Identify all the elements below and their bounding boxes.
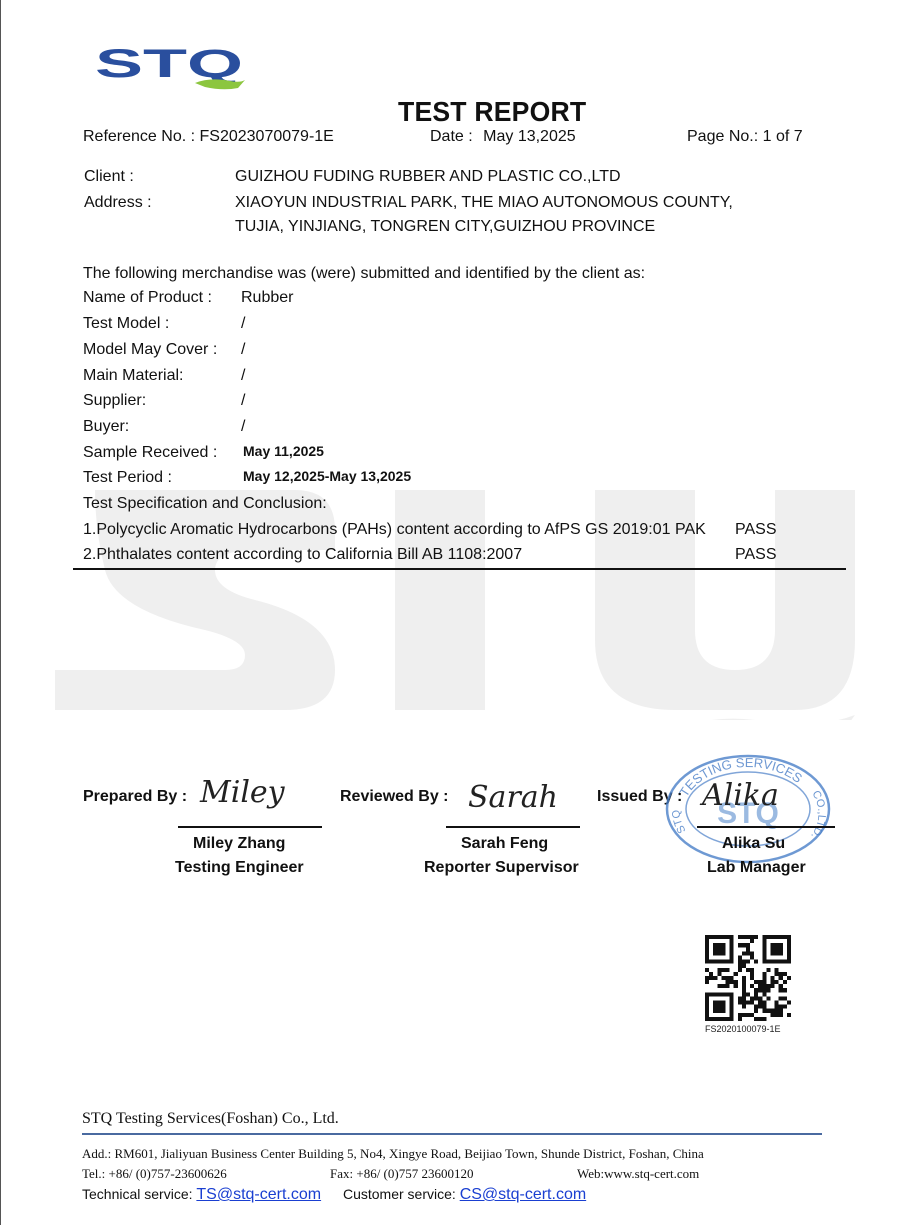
client-value: GUIZHOU FUDING RUBBER AND PLASTIC CO.,LT… bbox=[235, 168, 621, 186]
svg-text:CO.,LTD.: CO.,LTD. bbox=[808, 789, 827, 841]
date-label: Date : bbox=[430, 128, 473, 145]
conclusion-result-2: PASS bbox=[735, 546, 777, 564]
field-value-product: Rubber bbox=[241, 289, 293, 307]
report-date: Date : May 13,2025 bbox=[430, 128, 576, 146]
conclusion-result-1: PASS bbox=[735, 521, 777, 539]
conclusion-heading: Test Specification and Conclusion: bbox=[83, 495, 327, 513]
footer-contacts: Technical service: TS@stq-cert.com Custo… bbox=[82, 1186, 586, 1204]
field-value-supplier: / bbox=[241, 392, 245, 410]
reviewed-name: Sarah Feng bbox=[461, 835, 548, 853]
footer-company: STQ Testing Services(Foshan) Co., Ltd. bbox=[82, 1110, 339, 1128]
report-title: TEST REPORT bbox=[398, 96, 586, 128]
address-line-2: TUJIA, YINJIANG, TONGREN CITY,GUIZHOU PR… bbox=[235, 218, 655, 236]
prepared-title: Testing Engineer bbox=[175, 859, 304, 877]
prepared-signature-line bbox=[178, 826, 322, 828]
date-value: May 13,2025 bbox=[483, 128, 576, 145]
reference-value: FS2023070079-1E bbox=[200, 128, 334, 145]
field-value-sample-received: May 11,2025 bbox=[243, 443, 324, 459]
footer-web: Web:www.stq-cert.com bbox=[577, 1166, 699, 1182]
prepared-name: Miley Zhang bbox=[193, 835, 285, 853]
technical-service-label: Technical service: bbox=[82, 1186, 193, 1202]
field-label-test-period: Test Period : bbox=[83, 469, 172, 487]
field-label-product: Name of Product : bbox=[83, 289, 212, 307]
reviewed-title: Reporter Supervisor bbox=[424, 859, 579, 877]
field-label-sample-received: Sample Received : bbox=[83, 444, 217, 462]
qr-caption: FS2020100079-1E bbox=[705, 1024, 781, 1034]
footer-fax: Fax: +86/ (0)757 23600120 bbox=[330, 1166, 473, 1182]
page-value: 1 of 7 bbox=[763, 128, 803, 145]
reference-label: Reference No. : bbox=[83, 128, 195, 145]
client-label: Client : bbox=[84, 168, 134, 186]
reviewed-by-label: Reviewed By : bbox=[340, 788, 448, 806]
issued-title: Lab Manager bbox=[707, 859, 806, 877]
address-line-1: XIAOYUN INDUSTRIAL PARK, THE MIAO AUTONO… bbox=[235, 194, 733, 212]
page-edge bbox=[0, 0, 1, 1225]
field-label-buyer: Buyer: bbox=[83, 418, 129, 436]
footer-tel: Tel.: +86/ (0)757-23600626 bbox=[82, 1166, 227, 1182]
customer-service-label: Customer service: bbox=[343, 1186, 456, 1202]
field-value-main-material: / bbox=[241, 367, 245, 385]
issued-name: Alika Su bbox=[722, 835, 785, 853]
page-number: Page No.: 1 of 7 bbox=[687, 128, 803, 146]
field-value-model-may-cover: / bbox=[241, 341, 245, 359]
field-value-buyer: / bbox=[241, 418, 245, 436]
address-label: Address : bbox=[84, 194, 152, 212]
reference-number: Reference No. : FS2023070079-1E bbox=[83, 128, 334, 146]
qr-code-icon bbox=[705, 935, 791, 1021]
conclusion-item-1: 1.Polycyclic Aromatic Hydrocarbons (PAHs… bbox=[83, 521, 706, 539]
field-label-supplier: Supplier: bbox=[83, 392, 146, 410]
prepared-by-label: Prepared By : bbox=[83, 788, 187, 806]
field-label-model-may-cover: Model May Cover : bbox=[83, 341, 217, 359]
page-label: Page No.: bbox=[687, 128, 758, 145]
stq-logo-icon: STQ bbox=[95, 45, 245, 90]
field-value-test-period: May 12,2025-May 13,2025 bbox=[243, 468, 411, 484]
reviewed-signature: Sarah bbox=[468, 780, 558, 815]
conclusion-divider bbox=[73, 568, 846, 570]
footer-address: Add.: RM601, Jialiyuan Business Center B… bbox=[82, 1146, 704, 1162]
technical-service-email-link[interactable]: TS@stq-cert.com bbox=[196, 1186, 321, 1203]
merchandise-intro: The following merchandise was (were) sub… bbox=[83, 265, 645, 283]
footer-divider bbox=[82, 1133, 822, 1135]
reviewed-signature-line bbox=[446, 826, 580, 828]
issued-signature: Alika bbox=[702, 778, 779, 813]
field-label-main-material: Main Material: bbox=[83, 367, 183, 385]
prepared-signature: Miley bbox=[200, 775, 285, 810]
conclusion-item-2: 2.Phthalates content according to Califo… bbox=[83, 546, 522, 564]
field-value-test-model: / bbox=[241, 315, 245, 333]
customer-service-email-link[interactable]: CS@stq-cert.com bbox=[460, 1186, 586, 1203]
field-label-test-model: Test Model : bbox=[83, 315, 169, 333]
issued-signature-line bbox=[697, 826, 835, 828]
